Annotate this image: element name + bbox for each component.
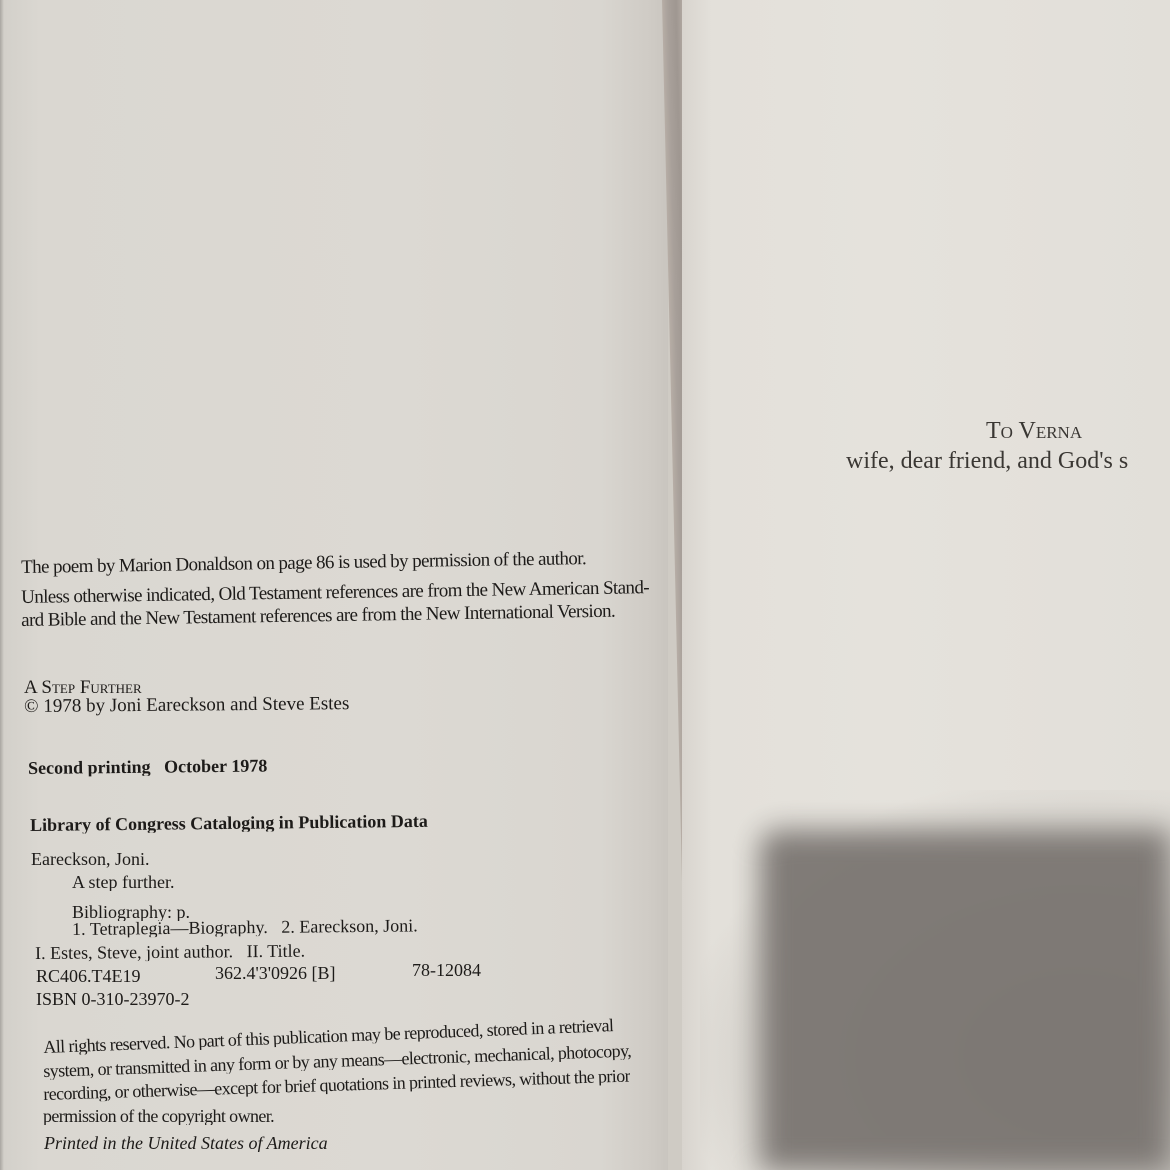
- printed-in: Printed in the United States of America: [44, 1134, 328, 1152]
- cip-lccn: 78-12084: [412, 961, 481, 979]
- cip-subjects: 1. Tetraplegia—Biography. 2. Eareckson, …: [72, 916, 418, 938]
- book-title: A Step Further: [24, 678, 142, 697]
- hand-shadow: [760, 830, 1170, 1170]
- cip-author: Eareckson, Joni.: [31, 850, 149, 868]
- permission-nt-line: ard Bible and the New Testament referenc…: [21, 602, 615, 630]
- permission-poem-line: The poem by Marion Donaldson on page 86 …: [21, 549, 586, 577]
- printing-info: Second printing October 1978: [28, 756, 267, 777]
- rights-line-4: permission of the copyright owner.: [43, 1107, 274, 1125]
- cip-isbn: ISBN 0-310-23970-2: [36, 990, 190, 1008]
- dedication-heading: To Verna: [986, 419, 1082, 443]
- cip-work-title: A step further.: [72, 873, 174, 891]
- cip-dewey: 362.4'3'0926 [B]: [215, 964, 335, 982]
- cip-heading: Library of Congress Cataloging in Public…: [30, 812, 428, 834]
- cip-lc-class: RC406.T4E19: [36, 967, 141, 985]
- copyright-notice: © 1978 by Joni Eareckson and Steve Estes: [24, 694, 349, 716]
- dedication-line: wife, dear friend, and God's s: [846, 449, 1128, 473]
- copyright-page: The poem by Marion Donaldson on page 86 …: [0, 0, 668, 1170]
- cip-added-entries: I. Estes, Steve, joint author. II. Title…: [35, 942, 305, 962]
